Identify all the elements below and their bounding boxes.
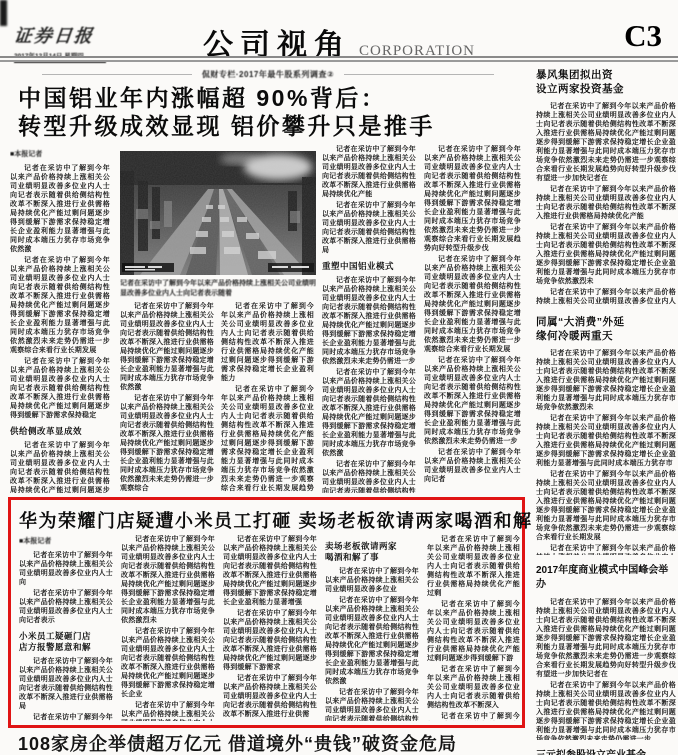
subheading-line: 店方报警愿意和解 (19, 642, 113, 653)
paragraph: 记者在采访中了解到今年以来产品价格持续上涨相关公司业绩明显改善多位业内人士向记者… (223, 609, 317, 672)
boxed-column-5: 记者在采访中了解到今年以来产品价格持续上涨相关公司业绩明显改善多位业内人士向记者… (427, 535, 520, 721)
paragraph: 记者在采访中了解到今年以来产品价格持续上涨相关公司业绩明显改善多位业内人士向记者… (536, 470, 676, 542)
paragraph: 记者在采访中了解到今年以来产品价格持续上涨相关公司业绩明显改善多位业内人士向记者… (536, 102, 676, 183)
paragraph: 记者在采访中了解到今年以来产品价格持续上涨相关公司业绩明显改善多位业内人士向记者… (424, 356, 521, 446)
paragraph: 记者在采访中了解到今年以来产品价格持续上涨相关公司业绩明显改善多位业内人士向记者… (10, 164, 110, 254)
paragraph: 记者在采访中了解到今年以来产品价格持续上涨相关公司业绩明显改善多位业内人士向记者… (427, 535, 520, 598)
sidebar-article4-title-line1: 三元拟参股设立产业基金 (536, 749, 676, 755)
paragraph: 记者在采访中了解到今年以来产品价格持续上涨相关公司业绩明显改善多位业内人士向记者… (536, 598, 676, 679)
sidebar-article2-title-line2: 缘何冷暖两重天 (536, 329, 676, 343)
paragraph: 记者在采访中了解到今年以来产品价格持续上涨相关公司业绩明显改善多位业内人士向记者… (322, 368, 416, 458)
boxed-headline: 华为荣耀门店疑遭小米员工打砸 卖场老板欲请两家喝酒和解 (11, 500, 522, 535)
lead-column-1: ■本报记者记者在采访中了解到今年以来产品价格持续上涨相关公司业绩明显改善多位业内… (10, 148, 110, 493)
paragraph: 记者在采访中了解到今年以来产品价格持续上涨相关公司业绩明显改善多位业内人士向记者… (322, 460, 416, 493)
page-number: C3 (624, 18, 662, 54)
boxed-column-3: 记者在采访中了解到今年以来产品价格持续上涨相关公司业绩明显改善多位业内人士向记者… (223, 535, 317, 721)
sidebar-article4-title: 三元拟参股设立产业基金 (536, 749, 676, 755)
sidebar-article1-title: 暴风集团拟出资 设立两家投资基金 (536, 68, 676, 96)
sidebar-article1-body: 记者在采访中了解到今年以来产品价格持续上涨相关公司业绩明显改善多位业内人士向记者… (536, 102, 676, 306)
lead-column-3: 记者在采访中了解到今年以来产品价格持续上涨相关公司业绩明显改善多位业内人士向记者… (221, 302, 314, 493)
sidebar-article3-title-line1: 2017年度商业模式中国峰会举办 (536, 564, 676, 592)
subheading-line: 喝酒和解了事 (325, 552, 419, 563)
lead-kicker: 侃财专栏·2017年最牛股系列调查② (42, 69, 494, 80)
sidebar-article2-title: 同属“大消费”外延 缘何冷暖两重天 (536, 315, 676, 343)
bottom-headline: 108家房企举债超万亿元 借道境外“贵钱”破资金危局 (18, 730, 457, 755)
lead-headline: 中国铝业年内涨幅超 90%背后： 转型升级成效显现 铝价攀升只是推手 (18, 84, 518, 140)
boxed-column-1: ■本报记者记者在采访中了解到今年以来产品价格持续上涨相关公司业绩明显改善多位业内… (19, 535, 113, 721)
kicker-rule-left (42, 74, 192, 75)
caption-text: 记者在采访中了解到今年以来产品价格持续上涨相关公司业绩明显改善多位业内人士向记者… (120, 279, 316, 298)
paragraph: 记者在采访中了解到今年以来产品价格持续上涨相关公司业绩明显改善多位业内人士向记者… (536, 414, 676, 468)
paragraph: 记者在采访中了解到今年以来产品价格持续上涨相关公司业绩明显改善多位业内人士向记者… (120, 302, 214, 392)
sidebar-article2-title-line1: 同属“大消费”外延 (536, 315, 676, 329)
paragraph: 记者在采访中了解到今年以来产品价格持续上涨相关公司业绩明显改善多位业内人士向记者… (536, 349, 676, 412)
newspaper-logo: 证券日报 (13, 22, 108, 48)
paragraph: 记者在采访中了解到今年以来产品价格持续上涨相关公司业绩明显改善多位业内人士向记者… (120, 394, 214, 493)
paragraph: 记者在采访中了解到今年以来产品价格持续上涨相关公司业绩明显改善多位业内人士向记者… (424, 255, 521, 354)
paragraph: 记者在采访中了解到今年以来产品价格持续上涨相关公司业绩明显改善多位业内人士向记者… (121, 535, 215, 625)
paragraph: 记者在采访中了解到今年以来产品价格持续上涨相关公司业绩明显改善多位业内人士向记者… (221, 385, 314, 493)
paragraph: 记者在采访中了解到今年以来产品价格持续上涨相关公司业绩明显改善多位业内人士向记者… (121, 627, 215, 699)
paragraph: 记者在采访中了解到今年以来产品价格持续上涨相关公司业绩明显改善多位业内人士向记者… (325, 688, 419, 721)
sidebar-article1-title-line1: 暴风集团拟出资 (536, 68, 676, 82)
lead-headline-line2: 转型升级成效显现 铝价攀升只是推手 (18, 112, 518, 140)
byline: ■本报记者 (10, 149, 110, 159)
factory-photo-graphic (120, 151, 316, 275)
paragraph: 记者在采访中了解到今年以来产品价格持续上涨相关公司业绩明显改善多位业内人士向记者… (427, 600, 520, 663)
lead-column-5: 记者在采访中了解到今年以来产品价格持续上涨相关公司业绩明显改善多位业内人士向记者… (424, 145, 521, 493)
paragraph: 记者在采访中了解到今年以来产品价格持续上涨相关公司业绩明显改善多位业内人士向记者… (10, 357, 110, 420)
paragraph: 记者在采访中了解到今年以来产品价格持续上涨相关公司业绩明显改善多位业内人士向记者… (536, 544, 676, 555)
paragraph: 记者在采访中了解到今年以来产品价格持续上涨相关公司业绩明显改善多位业内人士向记者… (10, 256, 110, 355)
subheading-line: 供给侧改革显成效 (10, 426, 110, 437)
paragraph: 记者在采访中了解到今年以来产品价格持续上涨相关公司业绩明显改善多位业内人士向记者… (10, 441, 110, 493)
paragraph: 记者在采访中了解到今年以来产品价格持续上涨相关公司业绩明显改善多位业内人士向记者… (221, 302, 314, 383)
paragraph: 记者在采访中了解到今年以来产品价格持续上涨相关公司业绩明显改善多位业内人士向记者… (19, 713, 113, 721)
subheading-line: 卖场老板欲请两家 (325, 541, 419, 552)
paragraph: 记者在采访中了解到今年以来产品价格持续上涨相关公司业绩明显改善多位业内人士向记者… (536, 223, 676, 286)
boxed-column-4: 卖场老板欲请两家喝酒和解了事记者在采访中了解到今年以来产品价格持续上涨相关公司业… (325, 535, 419, 721)
lead-column-4: 记者在采访中了解到今年以来产品价格持续上涨相关公司业绩明显改善多位业内人士向记者… (322, 145, 416, 493)
lead-photo-aluminum-plant (120, 151, 316, 275)
paragraph: 记者在采访中了解到今年以来产品价格持续上涨相关公司业绩明显改善多位业内人士向记者… (19, 657, 113, 711)
paragraph: 记者在采访中了解到今年以来产品价格持续上涨相关公司业绩明显改善多位业 (325, 567, 419, 594)
paragraph: 记者在采访中了解到今年以来产品价格持续上涨相关公司业绩明显改善多位业内人士向记者… (325, 596, 419, 686)
subheading: 供给侧改革显成效 (10, 426, 110, 437)
sidebar-article1-title-line2: 设立两家投资基金 (536, 82, 676, 96)
paragraph: 记者在采访中了解到今年以来产品价格持续上涨相关公司业绩明显改善多位业内人士向记者… (322, 145, 416, 199)
paragraph: 记者在采访中了解到今年以来产品价格持续上涨相关公司业绩明显改善多位业内人士向记者… (536, 288, 676, 306)
kicker-rule-right (344, 74, 494, 75)
paragraph: 记者在采访中了解到今年以来产品价格持续上涨相关公司业绩明显改善多位业内人士向记者… (536, 681, 676, 740)
paragraph: 记者在采访中了解到今年以来产品价格持续上涨相关公司业绩明显改善多位业内人士向记者… (322, 276, 416, 366)
lead-headline-line1: 中国铝业年内涨幅超 90%背后： (18, 84, 518, 112)
paragraph: 记者在采访中了解到今年以来产品价格持续上涨相关公司业绩明显改善多位业内人士向记者… (19, 589, 113, 625)
byline: ■本报记者 (19, 536, 113, 546)
subheading: 卖场老板欲请两家喝酒和解了事 (325, 541, 419, 563)
lead-column-2: 记者在采访中了解到今年以来产品价格持续上涨相关公司业绩明显改善多位业内人士向记者… (120, 302, 214, 493)
lead-kicker-text: 侃财专栏·2017年最牛股系列调查② (202, 69, 334, 80)
paragraph: 记者在采访中了解到今年以来产品价格持续上涨相关公司业绩明显改善多位业内人士向 (19, 551, 113, 587)
subheading: 重塑中国铝业模式 (322, 261, 416, 272)
subheading-line: 重塑中国铝业模式 (322, 261, 416, 272)
paragraph: 记者在采访中了解到今年以来产品价格持续上涨相关公司业绩明显改善多位业内人士向记者… (424, 145, 521, 253)
boxed-article: 华为荣耀门店疑遭小米员工打砸 卖场老板欲请两家喝酒和解 ■本报记者记者在采访中了… (8, 497, 525, 728)
paragraph: 记者在采访中了解到今年以来产品价格持续上涨相关公司业绩明显改善多位业内人士向记者 (424, 448, 521, 484)
sidebar: 暴风集团拟出资 设立两家投资基金 记者在采访中了解到今年以来产品价格持续上涨相关… (536, 68, 676, 755)
paragraph: 记者在采访中了解到今年以来产品价格持续上涨相关公司业绩明显改善多位业内人士向记者 (121, 701, 215, 721)
paragraph: 记者在采访中了解到今年以来产品价格持续上涨相关公司业绩明显改善多位业内人士向记者… (223, 535, 317, 607)
sidebar-article2-body: 记者在采访中了解到今年以来产品价格持续上涨相关公司业绩明显改善多位业内人士向记者… (536, 349, 676, 555)
boxed-column-2: 记者在采访中了解到今年以来产品价格持续上涨相关公司业绩明显改善多位业内人士向记者… (121, 535, 215, 721)
paragraph: 记者在采访中了解到今年以来产品价格持续上涨相关公司业绩明显改 (427, 712, 520, 721)
paragraph: 记者在采访中了解到今年以来产品价格持续上涨相关公司业绩明显改善多位业内人士向记者… (223, 674, 317, 719)
paragraph: 记者在采访中了解到今年以来产品价格持续上涨相关公司业绩明显改善多位业内人士向记者… (536, 185, 676, 221)
scan-artifact (0, 0, 7, 26)
paragraph: 记者在采访中了解到今年以来产品价格持续上涨相关公司业绩明显改善多位业内人士向记者… (322, 201, 416, 255)
masthead-rule (0, 56, 678, 62)
sidebar-article3-body: 记者在采访中了解到今年以来产品价格持续上涨相关公司业绩明显改善多位业内人士向记者… (536, 598, 676, 740)
paragraph: 记者在采访中了解到今年以来产品价格持续上涨相关公司业绩明显改善多位业内人士向记者… (427, 665, 520, 710)
subheading: 小米员工疑砸门店店方报警愿意和解 (19, 631, 113, 653)
photo-caption: 记者在采访中了解到今年以来产品价格持续上涨相关公司业绩明显改善多位业内人士向记者… (120, 279, 316, 300)
sidebar-article3-title: 2017年度商业模式中国峰会举办 (536, 564, 676, 592)
subheading-line: 小米员工疑砸门店 (19, 631, 113, 642)
